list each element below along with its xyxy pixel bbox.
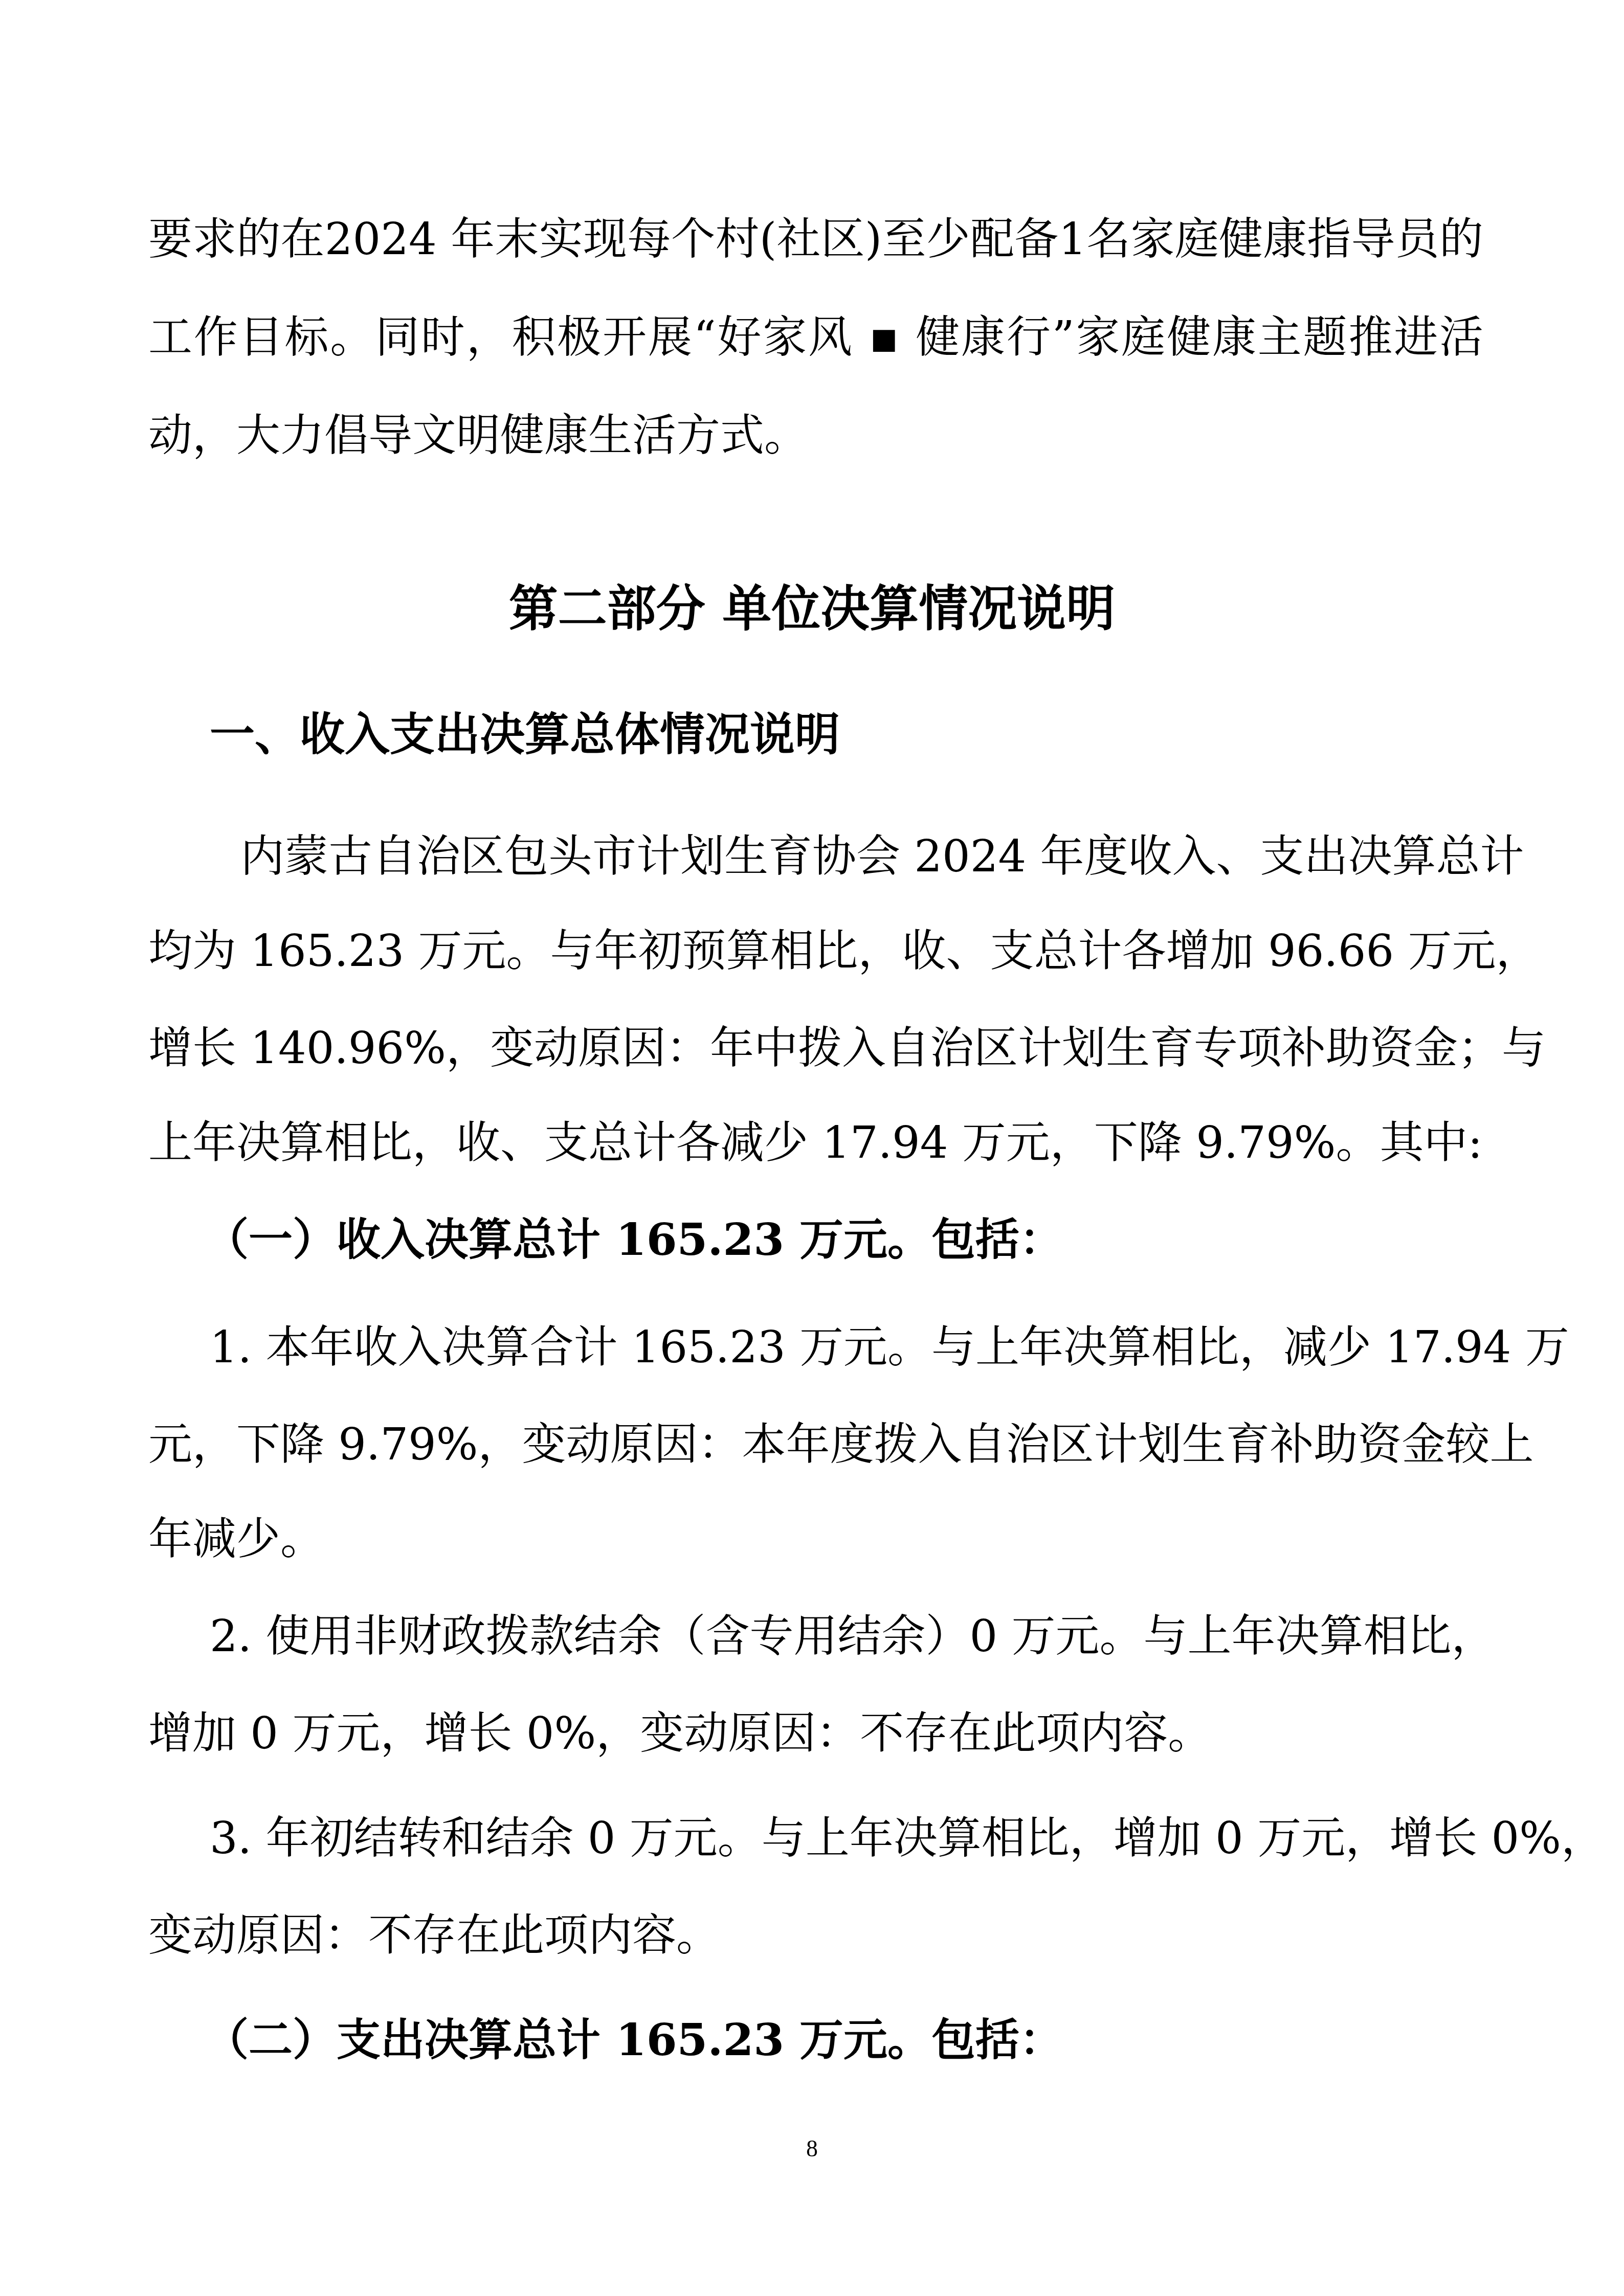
intro-line-3: 动，大力倡导文明健康生活方式。 — [148, 405, 1483, 466]
income-item-2-line-2: 增加 0 万元，增长 0%，变动原因：不存在此项内容。 — [148, 1703, 1483, 1764]
overview-line-3: 增长 140.96%，变动原因：年中拨入自治区计划生育专项补助资金；与 — [148, 1018, 1483, 1079]
intro-line-1: 要求的在2024 年末实现每个村(社区)至少配备1名家庭健康指导员的 — [148, 209, 1483, 270]
subheading-income: （一）收入决算总计 165.23 万元。包括： — [205, 1209, 1063, 1271]
income-item-1-line-3: 年减少。 — [148, 1509, 1483, 1570]
income-item-1-line-2: 元，下降 9.79%，变动原因：本年度拨入自治区计划生育补助资金较上 — [148, 1414, 1483, 1475]
section-title: 第二部分 单位决算情况说明 — [0, 575, 1624, 642]
overview-line-4: 上年决算相比，收、支总计各减少 17.94 万元，下降 9.79%。其中: — [148, 1112, 1483, 1174]
income-item-1-line-1: 1. 本年收入决算合计 165.23 万元。与上年决算相比，减少 17.94 万 — [210, 1317, 1483, 1378]
overview-line-1: 内蒙古自治区包头市计划生育协会 2024 年度收入、支出决算总计 — [240, 826, 1483, 887]
income-item-2-line-1: 2. 使用非财政拨款结余（含专用结余）0 万元。与上年决算相比， — [210, 1606, 1483, 1667]
income-item-3-line-2: 变动原因：不存在此项内容。 — [148, 1905, 1483, 1966]
heading-overview: 一、收入支出决算总体情况说明 — [210, 703, 840, 764]
income-item-3-line-1: 3. 年初结转和结余 0 万元。与上年决算相比，增加 0 万元，增长 0%， — [210, 1808, 1483, 1869]
subheading-expense: （二）支出决算总计 165.23 万元。包括： — [205, 2010, 1063, 2071]
overview-line-2: 均为 165.23 万元。与年初预算相比，收、支总计各增加 96.66 万元， — [148, 920, 1483, 982]
intro-line-2: 工作目标。同时，积极开展“好家风 ▪ 健康行”家庭健康主题推进活 — [148, 307, 1483, 368]
page-number: 8 — [0, 2135, 1624, 2162]
